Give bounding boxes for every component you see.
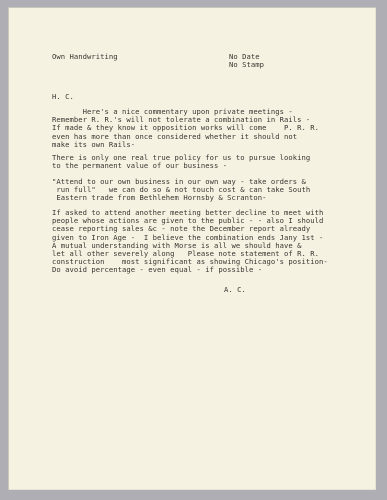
letter-page: Own Handwriting No DateNo Stamp H. C. He… (8, 7, 376, 490)
paragraph-2: There is only one real true policy for u… (52, 154, 310, 170)
salutation: H. C. (52, 93, 74, 101)
no-stamp-label: No Stamp (229, 61, 264, 69)
header-date-stamp: No DateNo Stamp (229, 53, 264, 69)
signature: A. C. (224, 286, 246, 294)
paragraph-line: make its own Rails- (52, 141, 319, 149)
paragraph-3: "Attend to our own business in our own w… (52, 178, 310, 203)
header-note: Own Handwriting (52, 53, 118, 61)
paragraph-1: Here's a nice commentary upon private me… (52, 108, 319, 149)
paragraph-line: Eastern trade from Bethlehem Hornsby & S… (52, 194, 310, 202)
paragraph-4: If asked to attend another meeting bette… (52, 209, 328, 275)
paragraph-line: to the permanent value of our business - (52, 162, 310, 170)
paragraph-line: Do avoid percentage - even equal - if po… (52, 266, 328, 274)
